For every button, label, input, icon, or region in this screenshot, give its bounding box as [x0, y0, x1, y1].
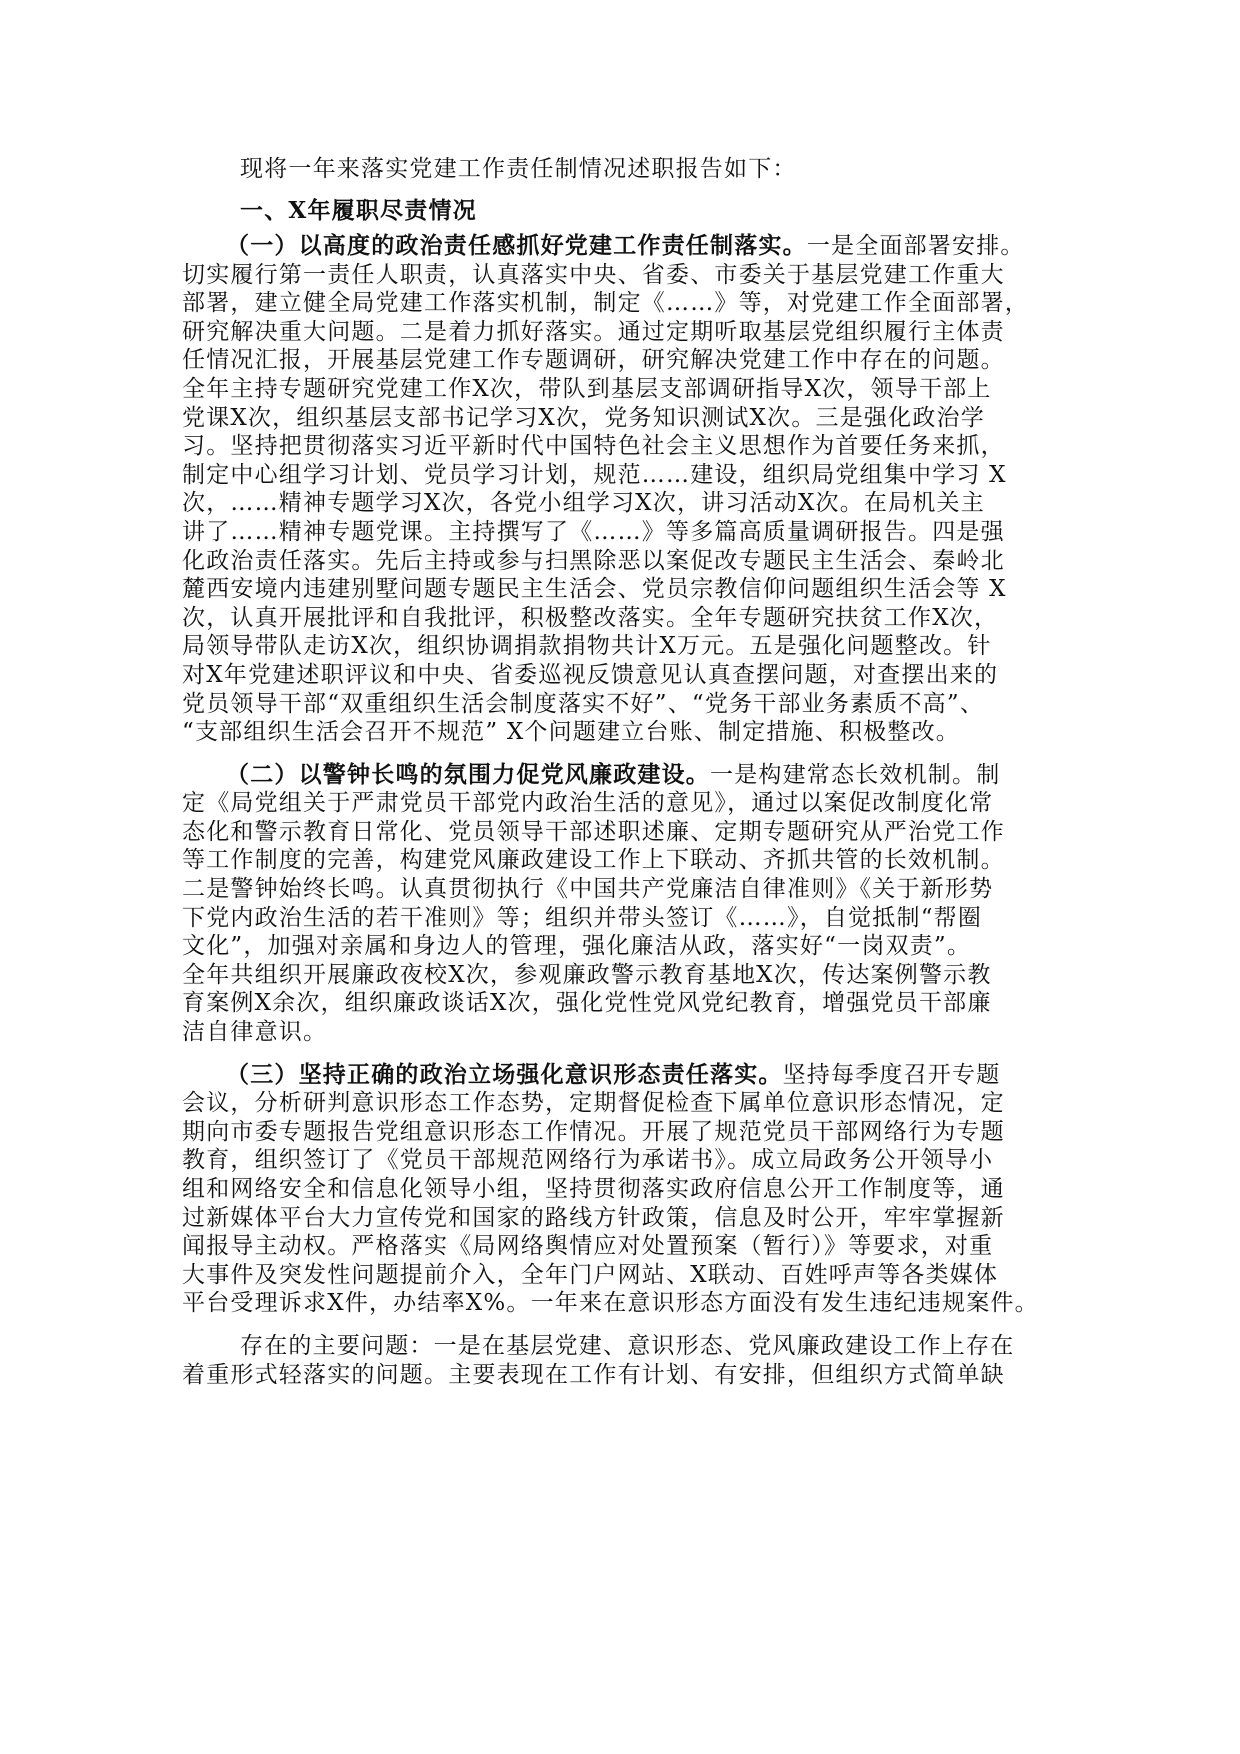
text-line: 麓西安境内违建别墅问题专题民主生活会、党员宗教信仰问题组织生活会等 X: [182, 575, 1062, 604]
text-line: 组和网络安全和信息化领导小组，坚持贯彻落实政府信息公开工作制度等，通: [182, 1175, 1062, 1204]
text-line: 平台受理诉求X件，办结率X%。一年来在意识形态方面没有发生违纪违规案件。: [182, 1289, 1062, 1318]
text-line: 研究解决重大问题。二是着力抓好落实。通过定期听取基层党组织履行主体责: [182, 318, 1062, 347]
section-3-paragraph: （三）坚持正确的政治立场强化意识形态责任落实。坚持每季度召开专题 会议，分析研判…: [182, 1061, 1062, 1318]
text-line: 下党内政治生活的若干准则》等；组织并带头签订《……》，自觉抵制“帮圈: [182, 904, 1062, 933]
text-line: 过新媒体平台大力宣传党和国家的路线方针政策，信息及时公开，牢牢掌握新: [182, 1204, 1062, 1233]
text-line: 期向市委专题报告党组意识形态工作情况。开展了规范党员干部网络行为专题: [182, 1118, 1062, 1147]
text-line: 任情况汇报，开展基层党建工作专题调研，研究解决党建工作中存在的问题。: [182, 346, 1062, 375]
text-line: 洁自律意识。: [182, 1018, 1062, 1047]
text-line: “支部组织生活会召开不规范” X个问题建立台账、制定措施、积极整改。: [182, 718, 1062, 747]
document-page: 现将一年来落实党建工作责任制情况述职报告如下： 一、X年履职尽责情况 （一）以高…: [182, 152, 1062, 1403]
text-line: 次，认真开展批评和自我批评，积极整改落实。全年专题研究扶贫工作X次，: [182, 604, 1062, 633]
text-line: 态化和警示教育日常化、党员领导干部述职述廉、定期专题研究从严治党工作: [182, 818, 1062, 847]
heading-section-one: 一、X年履职尽责情况: [182, 190, 1062, 232]
section-3-first-line: （三）坚持正确的政治立场强化意识形态责任落实。坚持每季度召开专题: [182, 1061, 1062, 1090]
text-line: 定《局党组关于严肃党员干部党内政治生活的意见》，通过以案促改制度化常: [182, 789, 1062, 818]
section-1-title: （一）以高度的政治责任感抓好党建工作责任制落实。: [226, 232, 807, 259]
text-line: 对X年党建述职评议和中央、省委巡视反馈意见认真查摆问题，对查摆出来的: [182, 661, 1062, 690]
text-line: 党员领导干部“双重组织生活会制度落实不好”、“党务干部业务素质不高”、: [182, 690, 1062, 719]
section-1-paragraph: （一）以高度的政治责任感抓好党建工作责任制落实。一是全面部署安排。 切实履行第一…: [182, 232, 1062, 747]
text-line: 二是警钟始终长鸣。认真贯彻执行《中国共产党廉洁自律准则》《关于新形势: [182, 875, 1062, 904]
text-line: 文化”，加强对亲属和身边人的管理，强化廉洁从政，落实好“一岗双责”。: [182, 932, 1062, 961]
problems-paragraph: 存在的主要问题：一是在基层党建、意识形态、党风廉政建设工作上存在 着重形式轻落实…: [182, 1332, 1062, 1389]
text-line: 党课X次，组织基层支部书记学习X次，党务知识测试X次。三是强化政治学: [182, 404, 1062, 433]
text-line: 育案例X余次，组织廉政谈话X次，强化党性党风党纪教育，增强党员干部廉: [182, 989, 1062, 1018]
text-line: 一是全面部署安排。: [807, 233, 1025, 259]
text-line: 等工作制度的完善，构建党风廉政建设工作上下联动、齐抓共管的长效机制。: [182, 846, 1062, 875]
text-line: 习。坚持把贯彻落实习近平新时代中国特色社会主义思想作为首要任务来抓，: [182, 432, 1062, 461]
text-line: 会议，分析研判意识形态工作态势，定期督促检查下属单位意识形态情况，定: [182, 1089, 1062, 1118]
text-line: 存在的主要问题：一是在基层党建、意识形态、党风廉政建设工作上存在: [182, 1332, 1062, 1361]
text-line: 制定中心组学习计划、党员学习计划，规范……建设，组织局党组集中学习 X: [182, 461, 1062, 490]
intro-paragraph: 现将一年来落实党建工作责任制情况述职报告如下：: [182, 152, 1062, 190]
text-line: 一是构建常态长效机制。制: [710, 762, 1000, 788]
text-line: 讲了……精神专题党课。主持撰写了《……》等多篇高质量调研报告。四是强: [182, 518, 1062, 547]
text-line: 部署，建立健全局党建工作落实机制，制定《……》等，对党建工作全面部署，: [182, 289, 1062, 318]
section-3-title: （三）坚持正确的政治立场强化意识形态责任落实。: [226, 1061, 783, 1088]
text-line: 全年共组织开展廉政夜校X次，参观廉政警示教育基地X次，传达案例警示教: [182, 961, 1062, 990]
text-line: 教育，组织签订了《党员干部规范网络行为承诺书》。成立局政务公开领导小: [182, 1146, 1062, 1175]
text-line: 全年主持专题研究党建工作X次，带队到基层支部调研指导X次，领导干部上: [182, 375, 1062, 404]
text-line: 闻报导主动权。严格落实《局网络舆情应对处置预案（暂行）》等要求，对重: [182, 1232, 1062, 1261]
text-line: 局领导带队走访X次，组织协调捐款捐物共计X万元。五是强化问题整改。针: [182, 632, 1062, 661]
section-2-first-line: （二）以警钟长鸣的氛围力促党风廉政建设。一是构建常态长效机制。制: [182, 761, 1062, 790]
text-line: 切实履行第一责任人职责，认真落实中央、省委、市委关于基层党建工作重大: [182, 261, 1062, 290]
text-line: 化政治责任落实。先后主持或参与扫黑除恶以案促改专题民主生活会、秦岭北: [182, 547, 1062, 576]
section-2-paragraph: （二）以警钟长鸣的氛围力促党风廉政建设。一是构建常态长效机制。制 定《局党组关于…: [182, 761, 1062, 1047]
section-1-first-line: （一）以高度的政治责任感抓好党建工作责任制落实。一是全面部署安排。: [182, 232, 1062, 261]
text-line: 次，……精神专题学习X次，各党小组学习X次，讲习活动X次。在局机关主: [182, 489, 1062, 518]
section-2-title: （二）以警钟长鸣的氛围力促党风廉政建设。: [226, 761, 710, 788]
text-line: 着重形式轻落实的问题。主要表现在工作有计划、有安排，但组织方式简单缺: [182, 1361, 1062, 1390]
text-line: 坚持每季度召开专题: [783, 1062, 1001, 1088]
text-line: 大事件及突发性问题提前介入，全年门户网站、X联动、百姓呼声等各类媒体: [182, 1261, 1062, 1290]
